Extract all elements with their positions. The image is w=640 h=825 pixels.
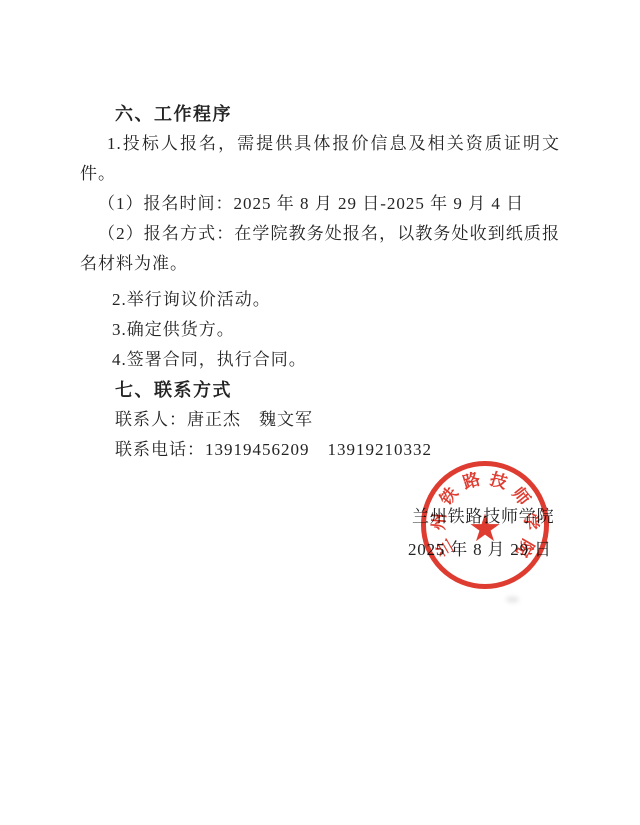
- step-price-inquiry: 2.举行询议价活动。: [80, 285, 560, 315]
- para-bidder-registration-line2: 件。: [80, 159, 560, 189]
- para-bidder-registration-line1: 1.投标人报名，需提供具体报价信息及相关资质证明文: [80, 129, 560, 159]
- seal-arc-char: 州: [430, 512, 448, 530]
- document-body: 六、工作程序 1.投标人报名，需提供具体报价信息及相关资质证明文 件。 （1）报…: [80, 99, 560, 465]
- seal-star-icon: ★: [468, 509, 502, 547]
- scan-artifact-speck: [506, 596, 519, 603]
- section-heading-work-procedure: 六、工作程序: [80, 99, 560, 129]
- step-determine-supplier: 3.确定供货方。: [80, 315, 560, 345]
- scanned-document-page: { "page": { "background": "#ffffff", "te…: [0, 0, 640, 825]
- section-heading-contact: 七、联系方式: [80, 375, 560, 405]
- official-seal-stamp: ★ 兰 州 铁 路 技 师 学 院: [421, 461, 549, 589]
- item-registration-method-line1: （2）报名方式：在学院教务处报名，以教务处收到纸质报: [80, 219, 560, 249]
- seal-arc-char: 学: [522, 512, 540, 530]
- contact-person-line: 联系人：唐正杰 魏文军: [80, 405, 560, 435]
- step-sign-contract: 4.签署合同，执行合同。: [80, 345, 560, 375]
- item-registration-time: （1）报名时间：2025 年 8 月 29 日-2025 年 9 月 4 日: [80, 189, 560, 219]
- item-registration-method-line2: 名材料为准。: [80, 249, 560, 279]
